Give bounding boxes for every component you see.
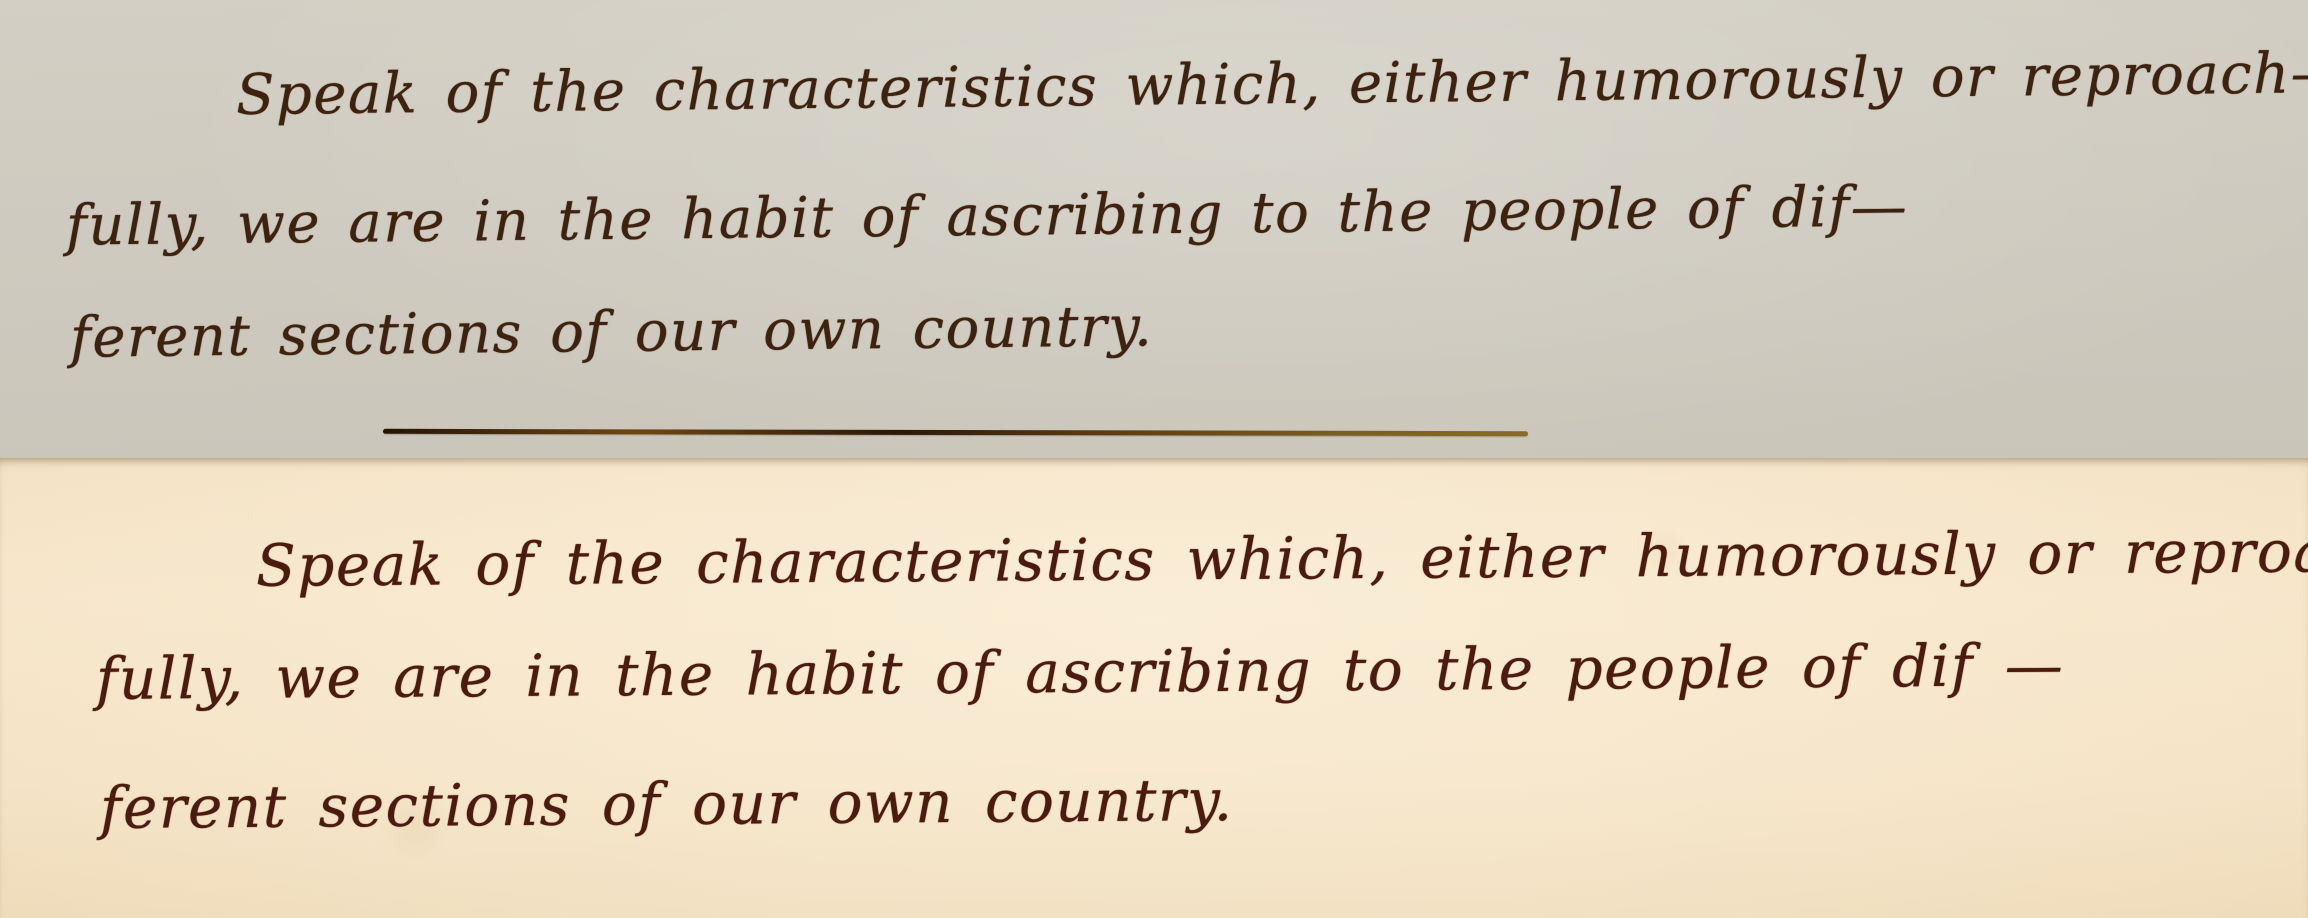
rewritten-copy-panel: Speak of the characteristics which, eith… xyxy=(0,458,2308,918)
handwritten-line-2: fully, we are in the habit of ascribing … xyxy=(66,174,1909,258)
handwritten-line-1: Speak of the characteristics which, eith… xyxy=(236,41,2308,128)
manuscript-scan: Speak of the characteristics which, eith… xyxy=(0,0,2308,918)
handwritten-line-1: Speak of the characteristics which, eith… xyxy=(256,516,2308,600)
handwritten-line-3: ferent sections of our own country. xyxy=(70,294,1154,370)
handwritten-line-2: fully, we are in the habit of ascribing … xyxy=(96,631,2065,713)
handwritten-line-3: ferent sections of our own country. xyxy=(100,766,1234,842)
ink-rule-divider xyxy=(383,429,1528,436)
original-manuscript-panel: Speak of the characteristics which, eith… xyxy=(0,0,2308,458)
